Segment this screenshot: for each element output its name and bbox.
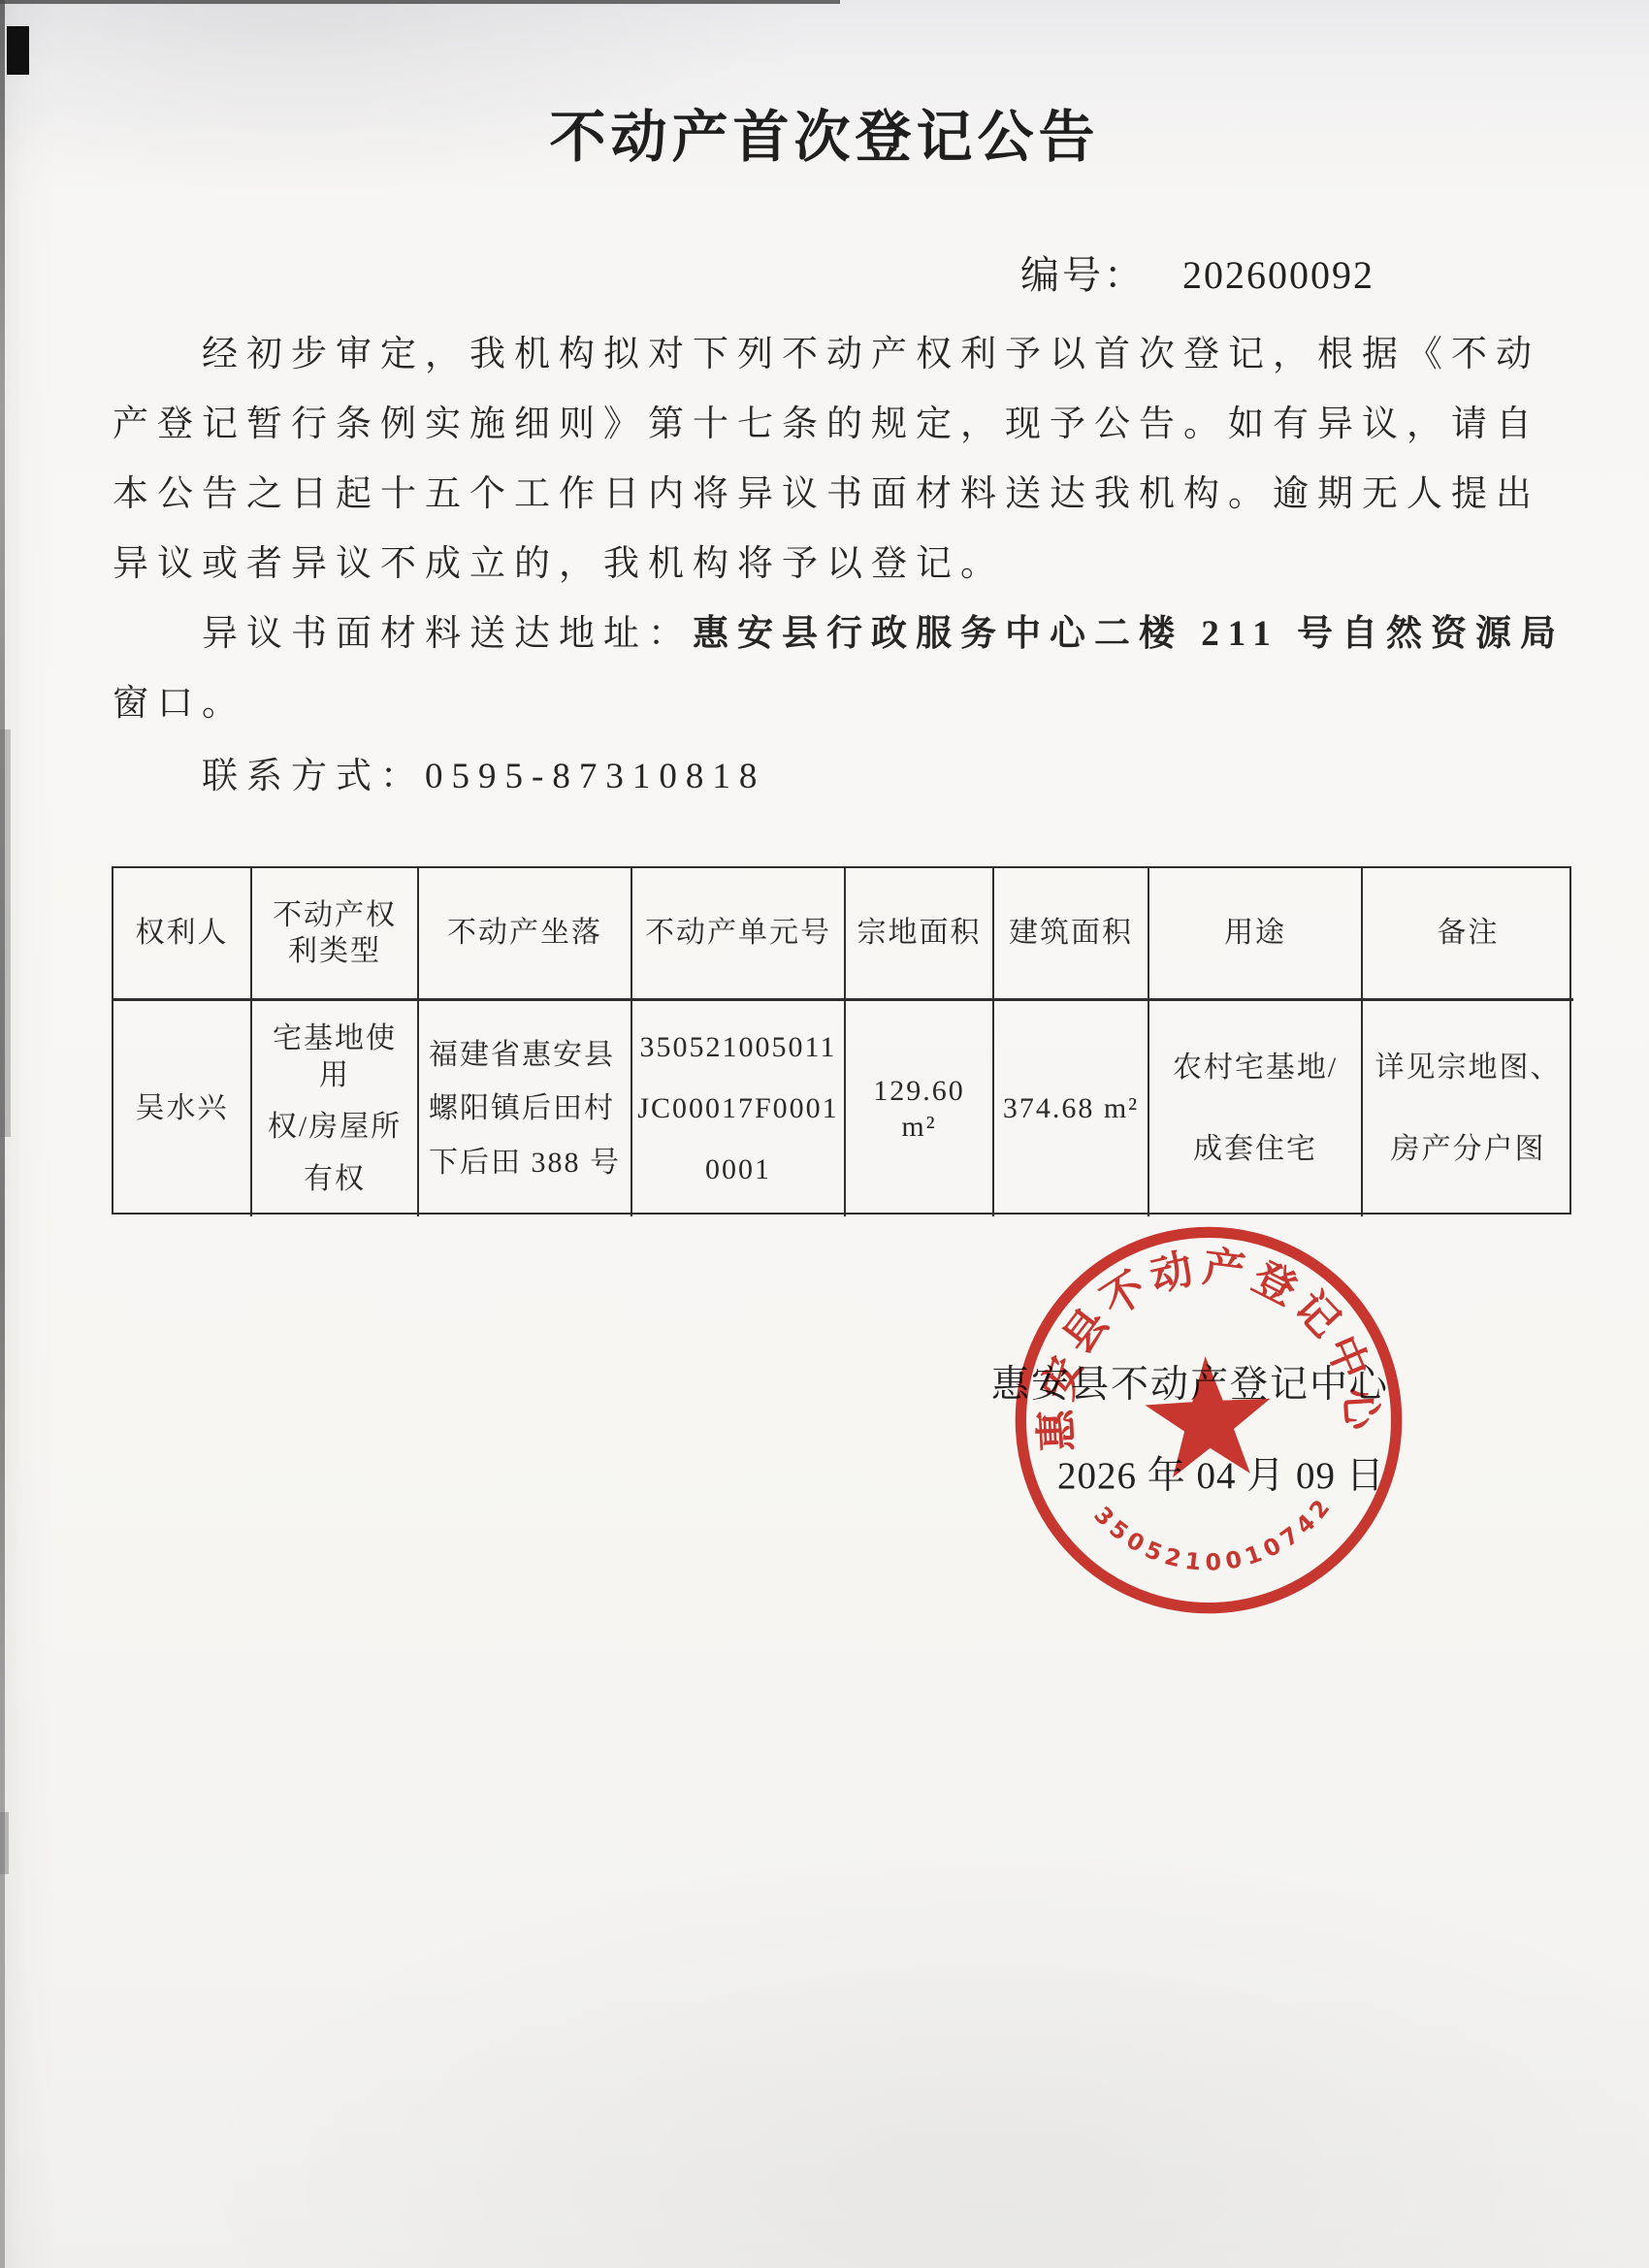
seal-serial-number: 3505210010742 bbox=[1087, 1489, 1342, 1582]
body-line-4: 异议或者异议不成立的，我机构将予以登记。 bbox=[113, 530, 1538, 599]
col-header-parcel-area: 宗地面积 bbox=[846, 868, 994, 1001]
seal-star-icon bbox=[1143, 1353, 1275, 1479]
location-lines: 福建省惠安县 螺阳镇后田村 下后田 388 号 bbox=[429, 1037, 621, 1182]
col-header-owner: 权利人 bbox=[113, 868, 252, 1001]
right-type-line: 权/房屋所 bbox=[268, 1109, 402, 1146]
page-title: 不动产首次登记公告 bbox=[0, 91, 1649, 173]
right-type-line: 宅基地使用 bbox=[258, 1021, 411, 1093]
scanned-document-page: 不动产首次登记公告 编号：202600092 经初步审定，我机构拟对下列不动产权… bbox=[0, 0, 1649, 2268]
body-line-1: 经初步审定，我机构拟对下列不动产权利予以首次登记，根据《不动 bbox=[113, 320, 1538, 390]
scan-artifact-left-mid bbox=[0, 729, 11, 1137]
document-number-value: 202600092 bbox=[1182, 253, 1374, 297]
delivery-address-value: 惠安县行政服务中心二楼 211 号自然资源局 bbox=[693, 614, 1565, 654]
col-header-unit-no: 不动产单元号 bbox=[632, 868, 846, 1001]
remark-line: 详见宗地图、 bbox=[1375, 1050, 1562, 1086]
cell-building-area: 374.68 m² bbox=[994, 1001, 1149, 1216]
document-number-line: 编号：202600092 bbox=[1020, 244, 1374, 300]
col-header-usage: 用途 bbox=[1149, 868, 1363, 1001]
usage-line: 农村宅基地/ bbox=[1173, 1050, 1338, 1086]
right-type-line: 有权 bbox=[304, 1161, 366, 1198]
scan-artifact-top-edge bbox=[0, 0, 840, 4]
contact-line: 联系方式：0595-87310818 bbox=[113, 742, 1538, 812]
body-line-3: 本公告之日起十五个工作日内将异议书面材料送达我机构。逾期无人提出 bbox=[113, 460, 1538, 530]
location-line: 福建省惠安县 bbox=[429, 1037, 621, 1074]
cell-location: 福建省惠安县 螺阳镇后田村 下后田 388 号 bbox=[419, 1001, 632, 1216]
scan-artifact-left-low bbox=[0, 1812, 9, 1874]
cell-remark: 详见宗地图、 房产分户图 bbox=[1363, 1001, 1573, 1216]
unit-no-line: 350521005011 bbox=[640, 1029, 837, 1066]
unit-no-line: JC00017F0001 bbox=[637, 1090, 838, 1127]
delivery-address-label: 异议书面材料送达地址： bbox=[202, 614, 693, 654]
location-line: 螺阳镇后田村 bbox=[429, 1090, 621, 1127]
location-line: 下后田 388 号 bbox=[429, 1145, 621, 1182]
col-header-remark: 备注 bbox=[1363, 868, 1573, 1001]
cell-right-type: 宅基地使用 权/房屋所 有权 bbox=[252, 1001, 419, 1216]
registration-table: 权利人 不动产权利类型 不动产坐落 不动产单元号 宗地面积 建筑面积 用途 备注… bbox=[112, 866, 1571, 1215]
usage-line: 成套住宅 bbox=[1193, 1131, 1317, 1168]
official-red-seal: 惠安县不动产登记中心 3505210010742 bbox=[999, 1211, 1419, 1631]
col-header-building-area: 建筑面积 bbox=[994, 868, 1149, 1001]
cell-parcel-area: 129.60 m² bbox=[846, 1001, 994, 1216]
document-number-label: 编号： bbox=[1020, 253, 1146, 297]
cell-owner: 吴水兴 bbox=[113, 1001, 252, 1216]
announcement-body: 经初步审定，我机构拟对下列不动产权利予以首次登记，根据《不动 产登记暂行条例实施… bbox=[113, 320, 1538, 812]
remark-line: 房产分户图 bbox=[1391, 1131, 1546, 1168]
body-line-6: 窗口。 bbox=[113, 669, 1538, 739]
cell-unit-no: 350521005011 JC00017F0001 0001 bbox=[632, 1001, 846, 1216]
scan-artifact-corner-mark bbox=[7, 26, 29, 75]
col-header-location: 不动产坐落 bbox=[419, 868, 632, 1001]
cell-usage: 农村宅基地/ 成套住宅 bbox=[1149, 1001, 1363, 1216]
body-line-5: 异议书面材料送达地址：惠安县行政服务中心二楼 211 号自然资源局 bbox=[113, 599, 1538, 669]
body-line-2: 产登记暂行条例实施细则》第十七条的规定，现予公告。如有异议，请自 bbox=[113, 390, 1538, 460]
unit-no-line: 0001 bbox=[705, 1151, 771, 1188]
col-header-right-type: 不动产权利类型 bbox=[252, 868, 419, 1001]
